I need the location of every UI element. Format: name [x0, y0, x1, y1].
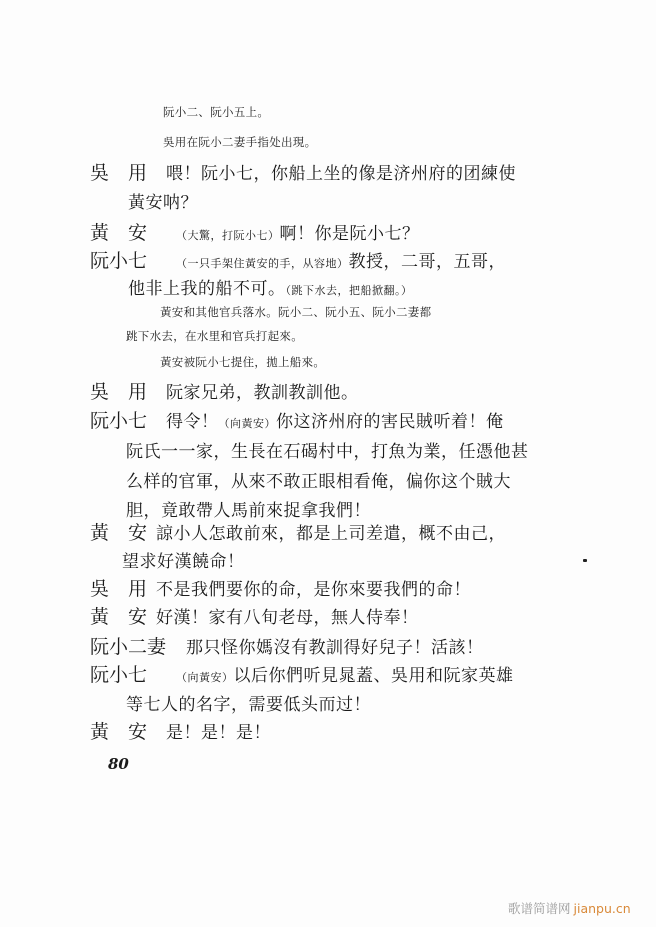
speaker-name: 黃 安	[90, 518, 156, 545]
dialogue-text: 得令！	[166, 412, 219, 432]
speaker-name: 阮小七	[90, 660, 176, 687]
stage-note: （向黃安）	[176, 671, 234, 684]
speaker-name: 阮小七	[90, 246, 176, 273]
dialogue-line: 黃 安（大驚，打阮小七）啊！你是阮小七？	[90, 218, 420, 245]
speaker-name: 阮小二妻	[90, 632, 186, 659]
dialogue-text: 好漢！家有八旬老母，無人侍奉！	[156, 608, 419, 628]
dialogue-text: 教授，二哥，五哥，	[349, 252, 507, 272]
watermark-cn: 歌谱简谱网	[508, 901, 571, 916]
dialogue-text: 你这济州府的害民賊听着！俺	[276, 412, 504, 432]
dialogue-line: 阮小七得令！（向黃安）你这济州府的害民賊听着！俺	[90, 406, 504, 433]
dialogue-continuation: 他非上我的船不可。（跳下水去，把船掀翻。）	[128, 274, 413, 299]
stage-note: （向黃安）	[219, 417, 277, 430]
watermark: 歌谱简谱网jianpu.cn	[508, 899, 631, 917]
stage-direction: 黃安被阮小七提住，拋上船來。	[160, 354, 325, 370]
speaker-name: 吳 用	[90, 574, 156, 601]
ink-speck	[583, 559, 587, 562]
dialogue-line: 吳 用喂！阮小七，你船上坐的像是济州府的团練使	[90, 158, 516, 185]
dialogue-line: 黃 安好漢！家有八旬老母，無人侍奉！	[90, 602, 419, 629]
speaker-name: 阮小七	[90, 406, 166, 433]
dialogue-text: 是！是！是！	[166, 723, 271, 743]
stage-direction: 阮小二、阮小五上。	[163, 104, 269, 120]
dialogue-line: 阮小七（向黃安）以后你們听見晁蓋、吳用和阮家英雄	[90, 660, 514, 687]
dialogue-text: 以后你們听見晁蓋、吳用和阮家英雄	[234, 666, 514, 686]
stage-direction: 跳下水去，在水里和官兵打起來。	[126, 328, 303, 344]
dialogue-continuation: 么样的官軍，从來不敢正眼相看俺，偏你这个賊大	[126, 467, 511, 492]
dialogue-line: 阮小二妻那只怪你媽沒有教訓得好兒子！活該！	[90, 632, 484, 659]
dialogue-continuation: 等七人的名字，需要低头而过！	[126, 690, 371, 715]
stage-note: （一只手架住黃安的手，从容地）	[176, 257, 349, 270]
dialogue-continuation: 黃安呐？	[128, 188, 198, 213]
dialogue-text: 諒小人怎敢前來，都是上司差遣，概不由己，	[156, 524, 506, 544]
stage-direction: 黃安和其他官兵落水。阮小二、阮小五、阮小二妻都	[160, 304, 431, 320]
page-number: 80	[108, 755, 129, 773]
dialogue-text: 啊！你是阮小七？	[280, 224, 420, 244]
dialogue-continuation: 阮氏一一家，生長在石碣村中，打魚为業，任憑他甚	[126, 437, 529, 462]
dialogue-line: 吳 用阮家兄弟，教訓教訓他。	[90, 377, 359, 404]
speaker-name: 黃 安	[90, 717, 166, 744]
speaker-name: 黃 安	[90, 602, 156, 629]
stage-direction: 吳用在阮小二妻手指处出現。	[163, 134, 316, 150]
dialogue-line: 吳 用不是我們要你的命，是你來要我們的命！	[90, 574, 471, 601]
dialogue-line: 阮小七（一只手架住黃安的手，从容地）教授，二哥，五哥，	[90, 246, 506, 273]
dialogue-line: 黃 安諒小人怎敢前來，都是上司差遣，概不由己，	[90, 518, 506, 545]
speaker-name: 黃 安	[90, 218, 176, 245]
speaker-name: 吳 用	[90, 158, 166, 185]
dialogue-text: 阮家兄弟，教訓教訓他。	[166, 383, 359, 403]
stage-note: （跳下水去，把船掀翻。）	[286, 284, 413, 297]
dialogue-line: 黃 安是！是！是！	[90, 717, 271, 744]
stage-note: （大驚，打阮小七）	[176, 229, 280, 242]
dialogue-text: 喂！阮小七，你船上坐的像是济州府的团練使	[166, 164, 516, 184]
dialogue-text: 不是我們要你的命，是你來要我們的命！	[156, 580, 471, 600]
watermark-url: jianpu.cn	[574, 901, 631, 916]
dialogue-text: 他非上我的船不可。	[128, 279, 286, 299]
speaker-name: 吳 用	[90, 377, 166, 404]
dialogue-continuation: 望求好漢饒命！	[122, 547, 245, 572]
dialogue-text: 那只怪你媽沒有教訓得好兒子！活該！	[186, 638, 484, 658]
